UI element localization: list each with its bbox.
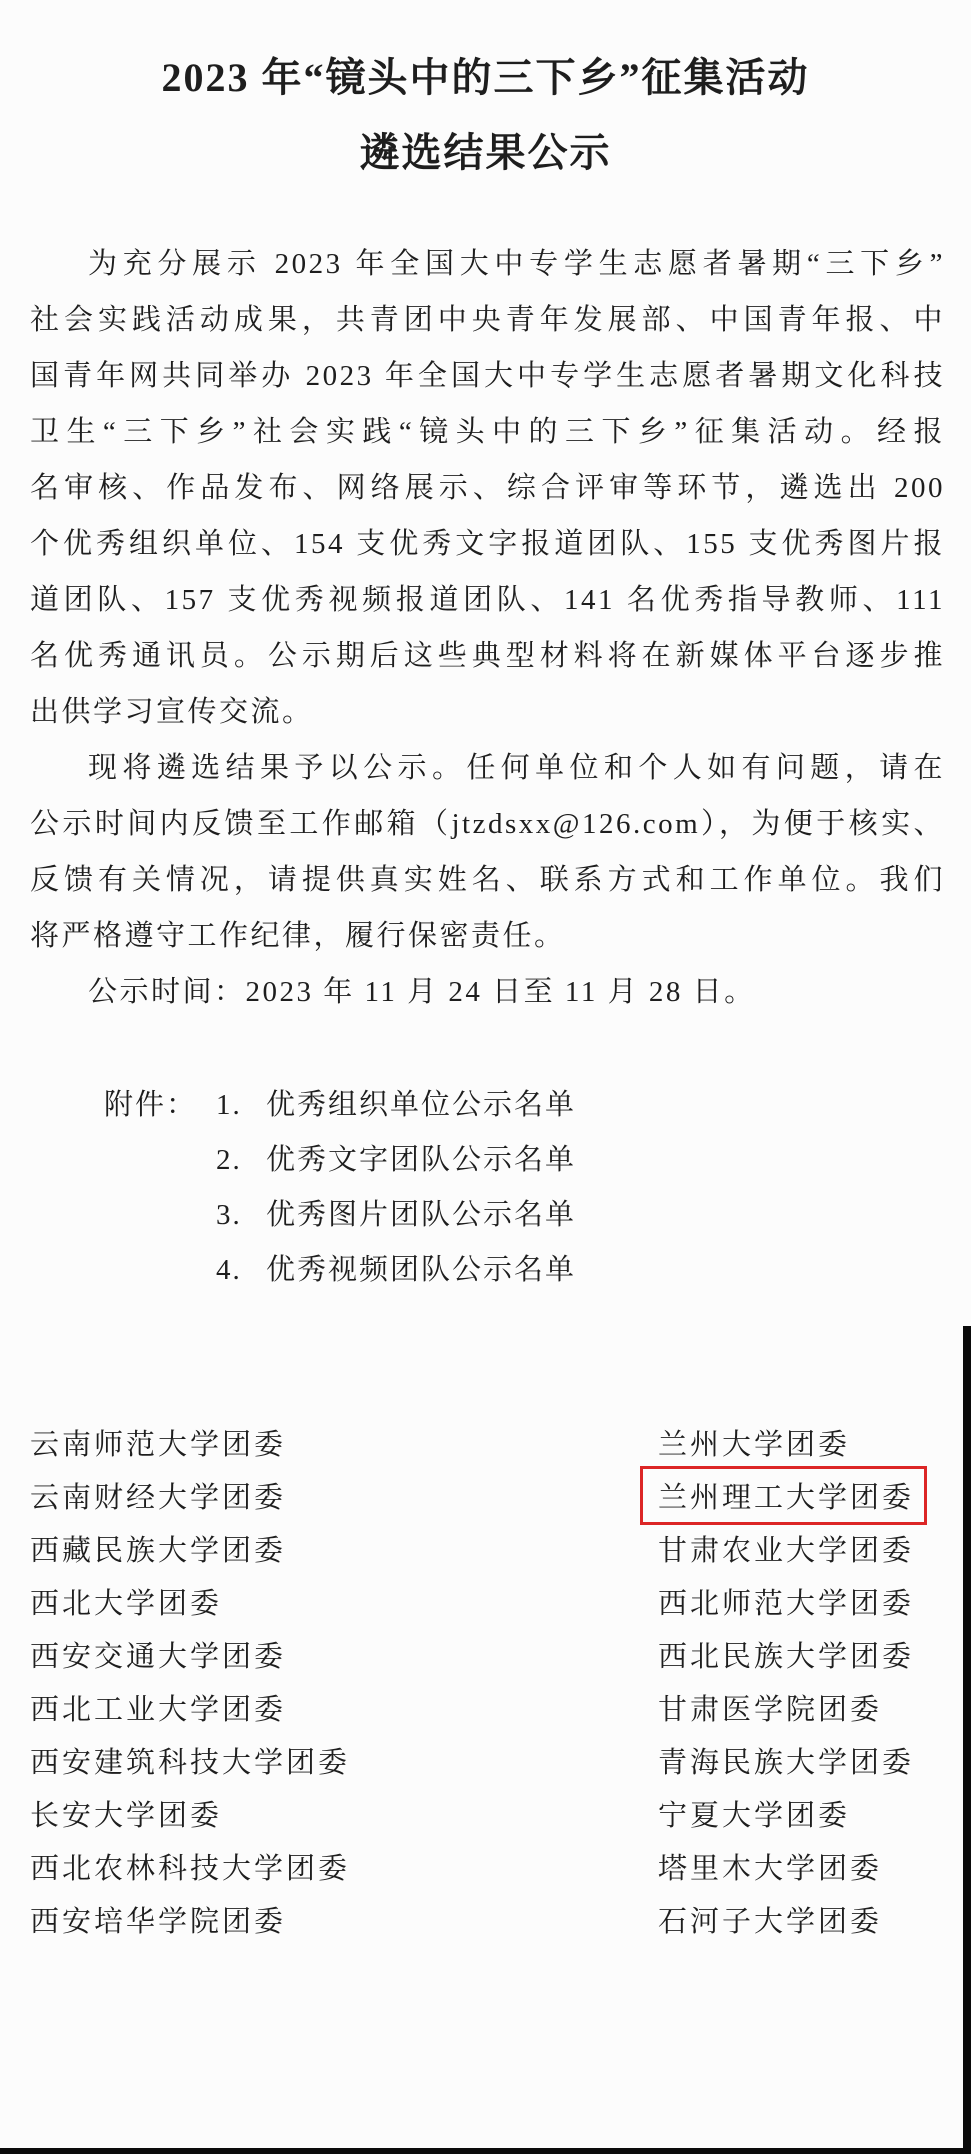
title-line-1: 2023 年“镜头中的三下乡”征集活动 xyxy=(0,0,971,104)
list-item: 甘肃农业大学团委 xyxy=(658,1528,971,1569)
list-row: 西安建筑科技大学团委 青海民族大学团委 xyxy=(0,1734,971,1787)
body-line: 道团队、157 支优秀视频报道团队、141 名优秀指导教师、111 xyxy=(30,572,945,628)
list-item: 甘肃医学院团委 xyxy=(658,1687,971,1728)
body-line: 国青年网共同举办 2023 年全国大中专学生志愿者暑期文化科技 xyxy=(30,348,945,404)
list-item: 西藏民族大学团委 xyxy=(0,1528,658,1569)
body-line: 反馈有关情况，请提供真实姓名、联系方式和工作单位。我们 xyxy=(30,852,945,908)
list-row: 西藏民族大学团委 甘肃农业大学团委 xyxy=(0,1522,971,1575)
body-line: 公示时间内反馈至工作邮箱（jtzdsxx@126.com），为便于核实、 xyxy=(30,796,945,852)
attachment-title: 优秀文字团队公示名单 xyxy=(266,1133,576,1188)
attachments-label-spacer xyxy=(104,1133,216,1188)
list-item: 长安大学团委 xyxy=(0,1793,658,1834)
list-row: 西安培华学院团委 石河子大学团委 xyxy=(0,1893,971,1946)
list-row: 云南师范大学团委 兰州大学团委 xyxy=(0,1416,971,1469)
body-line: 现将遴选结果予以公示。任何单位和个人如有问题，请在 xyxy=(30,740,945,796)
list-item: 石河子大学团委 xyxy=(658,1899,971,1940)
attachments-list: 附件： 1. 优秀组织单位公示名单 2. 优秀文字团队公示名单 3. 优秀图片团… xyxy=(104,1078,945,1298)
title-line-2: 遴选结果公示 xyxy=(0,128,971,178)
screen-edge-bar-right xyxy=(963,1326,971,2154)
attachment-item: 附件： 1. 优秀组织单位公示名单 xyxy=(104,1078,945,1133)
list-item: 宁夏大学团委 xyxy=(658,1793,971,1834)
body-line: 卫生“三下乡”社会实践“镜头中的三下乡”征集活动。经报 xyxy=(30,404,945,460)
list-item: 西北师范大学团委 xyxy=(658,1581,971,1622)
list-item: 西安交通大学团委 xyxy=(0,1634,658,1675)
body-line: 名优秀通讯员。公示期后这些典型材料将在新媒体平台逐步推 xyxy=(30,628,945,684)
list-item: 塔里木大学团委 xyxy=(658,1846,971,1887)
attachment-title: 优秀图片团队公示名单 xyxy=(266,1188,576,1243)
body-line: 为充分展示 2023 年全国大中专学生志愿者暑期“三下乡” xyxy=(30,236,945,292)
body-line: 名审核、作品发布、网络展示、综合评审等环节，遴选出 200 xyxy=(30,460,945,516)
attachment-number: 2. xyxy=(216,1133,266,1188)
list-row: 西北工业大学团委 甘肃医学院团委 xyxy=(0,1681,971,1734)
body-line: 社会实践活动成果，共青团中央青年发展部、中国青年报、中 xyxy=(30,292,945,348)
list-item-highlighted: 兰州理工大学团委 xyxy=(658,1466,971,1525)
list-item: 西北工业大学团委 xyxy=(0,1687,658,1728)
list-item: 兰州理工大学团委 xyxy=(658,1482,914,1514)
list-item: 西北农林科技大学团委 xyxy=(0,1846,658,1887)
document-page: 2023 年“镜头中的三下乡”征集活动 遴选结果公示 为充分展示 2023 年全… xyxy=(0,0,971,2154)
list-item: 西北民族大学团委 xyxy=(658,1634,971,1675)
list-item: 西北大学团委 xyxy=(0,1581,658,1622)
list-item: 云南师范大学团委 xyxy=(0,1422,658,1463)
highlight-box: 兰州理工大学团委 xyxy=(640,1466,927,1525)
list-item: 青海民族大学团委 xyxy=(658,1740,971,1781)
list-item: 西安培华学院团委 xyxy=(0,1899,658,1940)
attachment-item: 2. 优秀文字团队公示名单 xyxy=(104,1133,945,1188)
attachments-label-spacer xyxy=(104,1188,216,1243)
document-body: 为充分展示 2023 年全国大中专学生志愿者暑期“三下乡” 社会实践活动成果，共… xyxy=(30,236,945,1020)
attachment-item: 3. 优秀图片团队公示名单 xyxy=(104,1188,945,1243)
attachments-label-spacer xyxy=(104,1243,216,1298)
attachment-item: 4. 优秀视频团队公示名单 xyxy=(104,1243,945,1298)
list-row: 西北大学团委 西北师范大学团委 xyxy=(0,1575,971,1628)
attachment-number: 1. xyxy=(216,1078,266,1133)
committee-name-list: 云南师范大学团委 兰州大学团委 云南财经大学团委 兰州理工大学团委 西藏民族大学… xyxy=(0,1416,971,1946)
list-row: 长安大学团委 宁夏大学团委 xyxy=(0,1787,971,1840)
screen-edge-bar-bottom xyxy=(0,2148,971,2154)
attachment-title: 优秀组织单位公示名单 xyxy=(266,1078,576,1133)
document-title: 2023 年“镜头中的三下乡”征集活动 遴选结果公示 xyxy=(0,0,971,178)
list-item: 云南财经大学团委 xyxy=(0,1475,658,1516)
publicity-period-line: 公示时间：2023 年 11 月 24 日至 11 月 28 日。 xyxy=(30,964,945,1020)
attachment-title: 优秀视频团队公示名单 xyxy=(266,1243,576,1298)
body-line: 出供学习宣传交流。 xyxy=(30,684,945,740)
attachments-label: 附件： xyxy=(104,1078,216,1133)
attachment-number: 4. xyxy=(216,1243,266,1298)
attachment-number: 3. xyxy=(216,1188,266,1243)
list-row: 云南财经大学团委 兰州理工大学团委 xyxy=(0,1469,971,1522)
list-item: 西安建筑科技大学团委 xyxy=(0,1740,658,1781)
list-row: 西安交通大学团委 西北民族大学团委 xyxy=(0,1628,971,1681)
list-item: 兰州大学团委 xyxy=(658,1422,971,1463)
body-line: 个优秀组织单位、154 支优秀文字报道团队、155 支优秀图片报 xyxy=(30,516,945,572)
body-line: 将严格遵守工作纪律，履行保密责任。 xyxy=(30,908,945,964)
list-row: 西北农林科技大学团委 塔里木大学团委 xyxy=(0,1840,971,1893)
